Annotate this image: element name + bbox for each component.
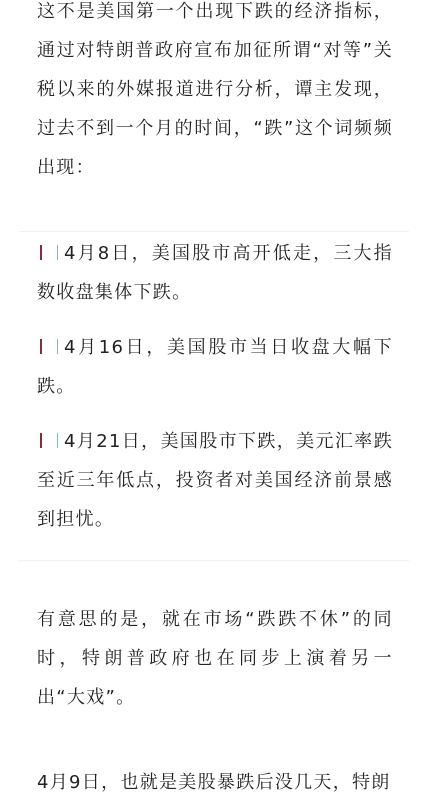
paragraph-2: 有意思的是，就在市场“跌跌不休”的同时，特朗普政府也在同步上演着另一出“大戏”。 [37,600,393,717]
blue-bar-marker-icon [57,433,59,448]
quote-item: 4月8日，美国股市高开低走，三大指数收盘集体下跌。 [37,234,393,312]
quote-item: 4月16日，美国股市当日收盘大幅下跌。 [37,328,393,406]
article-body: 这不是美国第一个出现下跌的经济指标，通过对特朗普政府宣布加征所谓“对等”关税以来… [0,0,429,800]
intro-paragraph: 这不是美国第一个出现下跌的经济指标，通过对特朗普政府宣布加征所谓“对等”关税以来… [37,0,393,187]
blue-bar-marker-icon [57,339,59,354]
quote-item-text: 4月21日，美国股市下跌，美元汇率跌至近三年低点，投资者对美国经济前景感到担忧。 [37,431,393,530]
quote-item: 4月21日，美国股市下跌，美元汇率跌至近三年低点，投资者对美国经济前景感到担忧。 [37,422,393,539]
red-bar-marker-icon [40,433,42,448]
quote-item-text: 4月8日，美国股市高开低走，三大指数收盘集体下跌。 [37,243,393,303]
blue-bar-marker-icon [57,245,59,260]
quote-box: 4月8日，美国股市高开低走，三大指数收盘集体下跌。 4月16日，美国股市当日收盘… [19,231,409,561]
red-bar-marker-icon [40,339,42,354]
paragraph-3: 4月9日，也就是美股暴跌后没几天，特朗 [37,763,393,800]
red-bar-marker-icon [40,245,42,260]
quote-item-text: 4月16日，美国股市当日收盘大幅下跌。 [37,337,393,397]
